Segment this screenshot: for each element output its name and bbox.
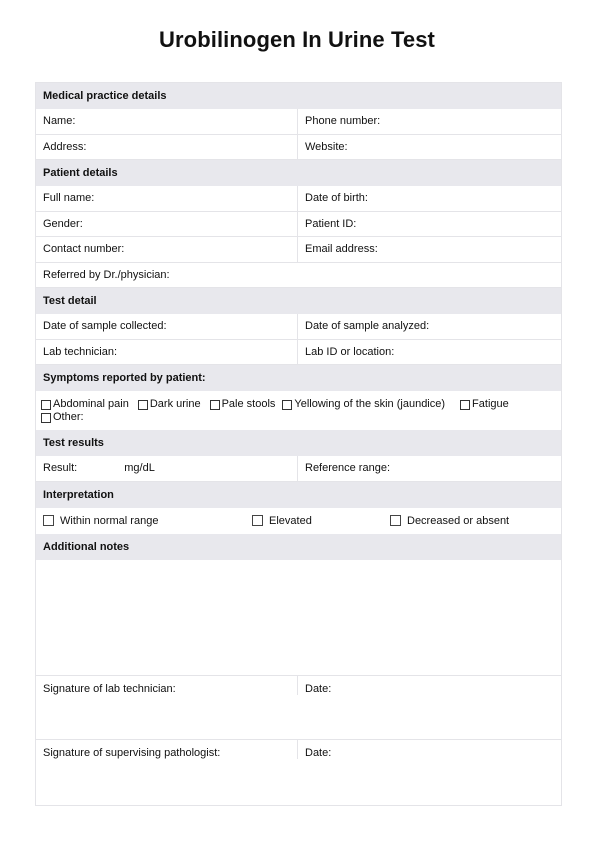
symptoms-line-2: Other:	[41, 411, 561, 424]
pathologist-date-field[interactable]: Date:	[298, 740, 561, 759]
section-symptoms: Symptoms reported by patient:	[36, 365, 561, 391]
result-unit: mg/dL	[124, 462, 155, 474]
reference-range-field[interactable]: Reference range:	[298, 456, 561, 481]
checkbox-icon[interactable]	[460, 400, 470, 410]
patient-row-1: Full name: Date of birth:	[36, 186, 561, 212]
symptom-label: Abdominal pain	[53, 398, 129, 411]
checkbox-icon[interactable]	[210, 400, 220, 410]
patient-row-2: Gender: Patient ID:	[36, 212, 561, 238]
interpretation-options: Within normal range Elevated Decreased o…	[36, 508, 561, 534]
interpretation-label: Decreased or absent	[407, 515, 509, 527]
practice-website-field[interactable]: Website:	[298, 135, 561, 160]
section-test-results: Test results	[36, 430, 561, 456]
symptom-jaundice[interactable]: Yellowing of the skin (jaundice)	[282, 398, 445, 411]
interpretation-elevated[interactable]: Elevated	[252, 515, 390, 527]
signature-row-lab-technician: Signature of lab technician: Date:	[36, 676, 561, 741]
practice-website-label: Website:	[305, 141, 348, 153]
patient-full-name-field[interactable]: Full name:	[36, 186, 298, 211]
lab-id-field[interactable]: Lab ID or location:	[298, 340, 561, 365]
checkbox-icon[interactable]	[390, 515, 401, 526]
patient-id-label: Patient ID:	[305, 218, 356, 230]
pathologist-date-label: Date:	[305, 747, 331, 759]
section-patient-details: Patient details	[36, 160, 561, 186]
symptom-other[interactable]: Other:	[41, 411, 84, 424]
symptoms-line-1: Abdominal pain Dark urine Pale stools Ye…	[41, 398, 561, 411]
test-results-row: Result: mg/dL Reference range:	[36, 456, 561, 482]
pathologist-signature-label: Signature of supervising pathologist:	[43, 747, 220, 759]
symptom-label: Fatigue	[472, 398, 509, 411]
symptom-pale-stools[interactable]: Pale stools	[210, 398, 276, 411]
interpretation-label: Within normal range	[60, 515, 158, 527]
symptom-label: Pale stools	[222, 398, 276, 411]
section-additional-notes: Additional notes	[36, 534, 561, 560]
test-form: Medical practice details Name: Phone num…	[35, 82, 562, 806]
date-collected-label: Date of sample collected:	[43, 320, 167, 332]
reference-range-label: Reference range:	[305, 462, 390, 474]
patient-email-label: Email address:	[305, 243, 378, 255]
practice-row-2: Address: Website:	[36, 135, 561, 161]
lab-technician-date-label: Date:	[305, 683, 331, 695]
symptom-dark-urine[interactable]: Dark urine	[138, 398, 201, 411]
lab-technician-field[interactable]: Lab technician:	[36, 340, 298, 365]
patient-full-name-label: Full name:	[43, 192, 94, 204]
lab-technician-signature-field[interactable]: Signature of lab technician:	[36, 676, 298, 695]
symptom-label: Other:	[53, 411, 84, 424]
checkbox-icon[interactable]	[41, 400, 51, 410]
symptoms-checklist: Abdominal pain Dark urine Pale stools Ye…	[36, 391, 561, 430]
practice-address-label: Address:	[43, 141, 86, 153]
interpretation-normal[interactable]: Within normal range	[43, 515, 252, 527]
patient-gender-field[interactable]: Gender:	[36, 212, 298, 237]
practice-phone-label: Phone number:	[305, 115, 380, 127]
patient-id-field[interactable]: Patient ID:	[298, 212, 561, 237]
signature-row-pathologist: Signature of supervising pathologist: Da…	[36, 740, 561, 805]
section-medical-practice: Medical practice details	[36, 83, 561, 109]
checkbox-icon[interactable]	[282, 400, 292, 410]
test-detail-row-1: Date of sample collected: Date of sample…	[36, 314, 561, 340]
referred-by-label: Referred by Dr./physician:	[43, 269, 170, 281]
lab-technician-signature-label: Signature of lab technician:	[43, 683, 176, 695]
additional-notes-area[interactable]	[36, 560, 561, 676]
patient-row-3: Contact number: Email address:	[36, 237, 561, 263]
checkbox-icon[interactable]	[252, 515, 263, 526]
practice-name-label: Name:	[43, 115, 75, 127]
patient-contact-field[interactable]: Contact number:	[36, 237, 298, 262]
symptom-label: Dark urine	[150, 398, 201, 411]
practice-phone-field[interactable]: Phone number:	[298, 109, 561, 134]
referred-by-field[interactable]: Referred by Dr./physician:	[36, 263, 561, 288]
lab-technician-label: Lab technician:	[43, 346, 117, 358]
practice-row-1: Name: Phone number:	[36, 109, 561, 135]
lab-id-label: Lab ID or location:	[305, 346, 394, 358]
checkbox-icon[interactable]	[138, 400, 148, 410]
checkbox-icon[interactable]	[41, 413, 51, 423]
patient-email-field[interactable]: Email address:	[298, 237, 561, 262]
practice-address-field[interactable]: Address:	[36, 135, 298, 160]
pathologist-signature-field[interactable]: Signature of supervising pathologist:	[36, 740, 298, 759]
interpretation-decreased[interactable]: Decreased or absent	[390, 515, 509, 527]
test-detail-row-2: Lab technician: Lab ID or location:	[36, 340, 561, 366]
date-analyzed-field[interactable]: Date of sample analyzed:	[298, 314, 561, 339]
symptom-abdominal-pain[interactable]: Abdominal pain	[41, 398, 129, 411]
section-interpretation: Interpretation	[36, 482, 561, 508]
patient-dob-field[interactable]: Date of birth:	[298, 186, 561, 211]
practice-name-field[interactable]: Name:	[36, 109, 298, 134]
page-title: Urobilinogen In Urine Test	[0, 27, 594, 53]
symptom-label: Yellowing of the skin (jaundice)	[294, 398, 445, 411]
section-test-detail: Test detail	[36, 288, 561, 314]
checkbox-icon[interactable]	[43, 515, 54, 526]
lab-technician-date-field[interactable]: Date:	[298, 676, 561, 695]
result-label: Result:	[43, 462, 77, 474]
symptom-fatigue[interactable]: Fatigue	[460, 398, 509, 411]
patient-row-4: Referred by Dr./physician:	[36, 263, 561, 289]
date-analyzed-label: Date of sample analyzed:	[305, 320, 429, 332]
patient-dob-label: Date of birth:	[305, 192, 368, 204]
patient-contact-label: Contact number:	[43, 243, 124, 255]
date-collected-field[interactable]: Date of sample collected:	[36, 314, 298, 339]
patient-gender-label: Gender:	[43, 218, 83, 230]
result-field[interactable]: Result: mg/dL	[36, 456, 298, 481]
interpretation-label: Elevated	[269, 515, 312, 527]
